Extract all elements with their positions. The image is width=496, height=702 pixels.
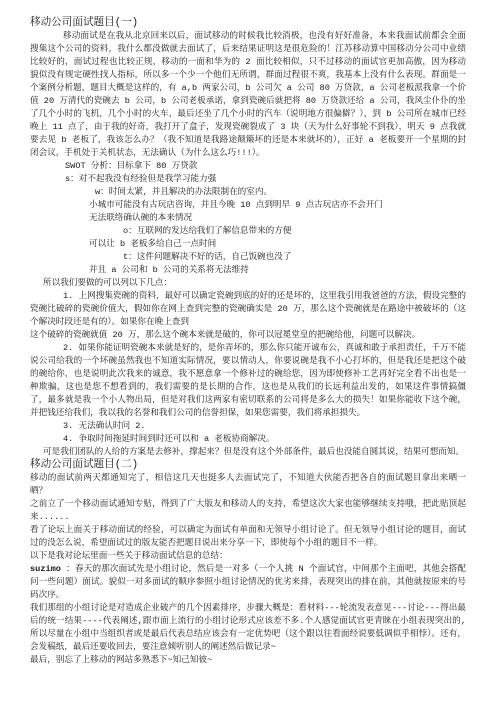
swot-threat-line: t：这件问题解决不好的话，自己饭碗也没了 [30,251,466,264]
section-2-sticky-note: 之前立了一个移动面试通知专贴，得到了广大版友和移动人的支持，希望这次大家也能够继… [30,498,466,524]
swot-opportunity-note: 可以让 b 老板多给自己一点时间 [30,238,466,251]
team-result-paragraph: 可是我们团队的人给的方案是去修补，撑起来？但是没有这个外部条件，最后也没能自圆其… [30,446,466,459]
action-item-3: 3. 无法确认时问 2. [30,420,466,433]
swot-goal-line: SWOT 分析：目标拿下 80 万贷款 [30,160,466,173]
closing-tip-line: 最后，别忘了上移动的网站多熟悉下~知己知彼~ [30,654,466,667]
group-discussion-paragraph: 我们那组的小组讨论是对造成企业破产的几个因素排序，步骤大概是：看材料---轮流发… [30,602,466,654]
action-item-1-note: 这个破碎的瓷碗就值 20 万，那么这个碗本来就是破的，你可以冠冕堂皇的把碗给他，… [30,329,466,342]
suzimo-username: suzimo [30,564,61,574]
intro-paragraph: 移动面试是在我从北京回来以后，面试移动的时候我比较消极，也没有好好准备，本来我面… [30,30,466,160]
document-page: 移动公司面试题目(一) 移动面试是在我从北京回来以后，面试移动的时候我比较消极，… [0,0,496,702]
action-item-4: 4. 争取时间拖延时间到时还可以和 a 老板协商解决。 [30,433,466,446]
suzimo-paragraph: suzimo ：春天的那次面试先是小组讨论，然后是一对多（一个人挑 N 个面试官… [30,563,466,602]
section-1-title: 移动公司面试题目(一) [30,17,466,30]
swot-threat-note: 并且 a 公司和 b 公司的关系将无法维持 [30,264,466,277]
action-item-2: 2. 如果你能证明瓷碗本来就是好的，是你弄坏的，那么你只能开诚布公，真诚和敢于承… [30,342,466,420]
swot-strength-line: s：对不起我没有经验但是我学习能力强 [30,173,466,186]
suzimo-text: ：春天的那次面试先是小组讨论，然后是一对多（一个人挑 N 个面试官，中间那个主面… [30,564,466,600]
swot-weakness-note-2: 无法联络确认碗的本来情况 [30,212,466,225]
swot-weakness-line: w：时间太紧，并且解决的办法限制在的室内。 [30,186,466,199]
swot-weakness-note-1: 小城市可能没有古玩店咨询，并且今晚 10 点到明早 9 点古玩店亦不会开门 [30,199,466,212]
action-item-1: 1. 上网搜集瓷碗的资料，最好可以确定瓷碗到底的好的还是坏的，这里我引用我爸爸的… [30,290,466,329]
section-2-intro: 移动的面试前两天都通知完了，相信这几天也挺多人去面试完了，不知道大伙能否把各自的… [30,472,466,498]
action-list-intro: 所以我们要做的可以列以下几点： [30,277,466,290]
section-2-title: 移动公司面试题目(二) [30,459,466,472]
section-2-summary-intro: 以下是我对论坛里面一些关于移动面试信息的总结： [30,550,466,563]
swot-opportunity-line: o：互联网的发达给我们了解信息带来的方便 [30,225,466,238]
section-2-forum-summary: 看了论坛上面关于移动面试的经验，可以确定为面试有单面和无领导小组讨论了。但无领导… [30,524,466,550]
